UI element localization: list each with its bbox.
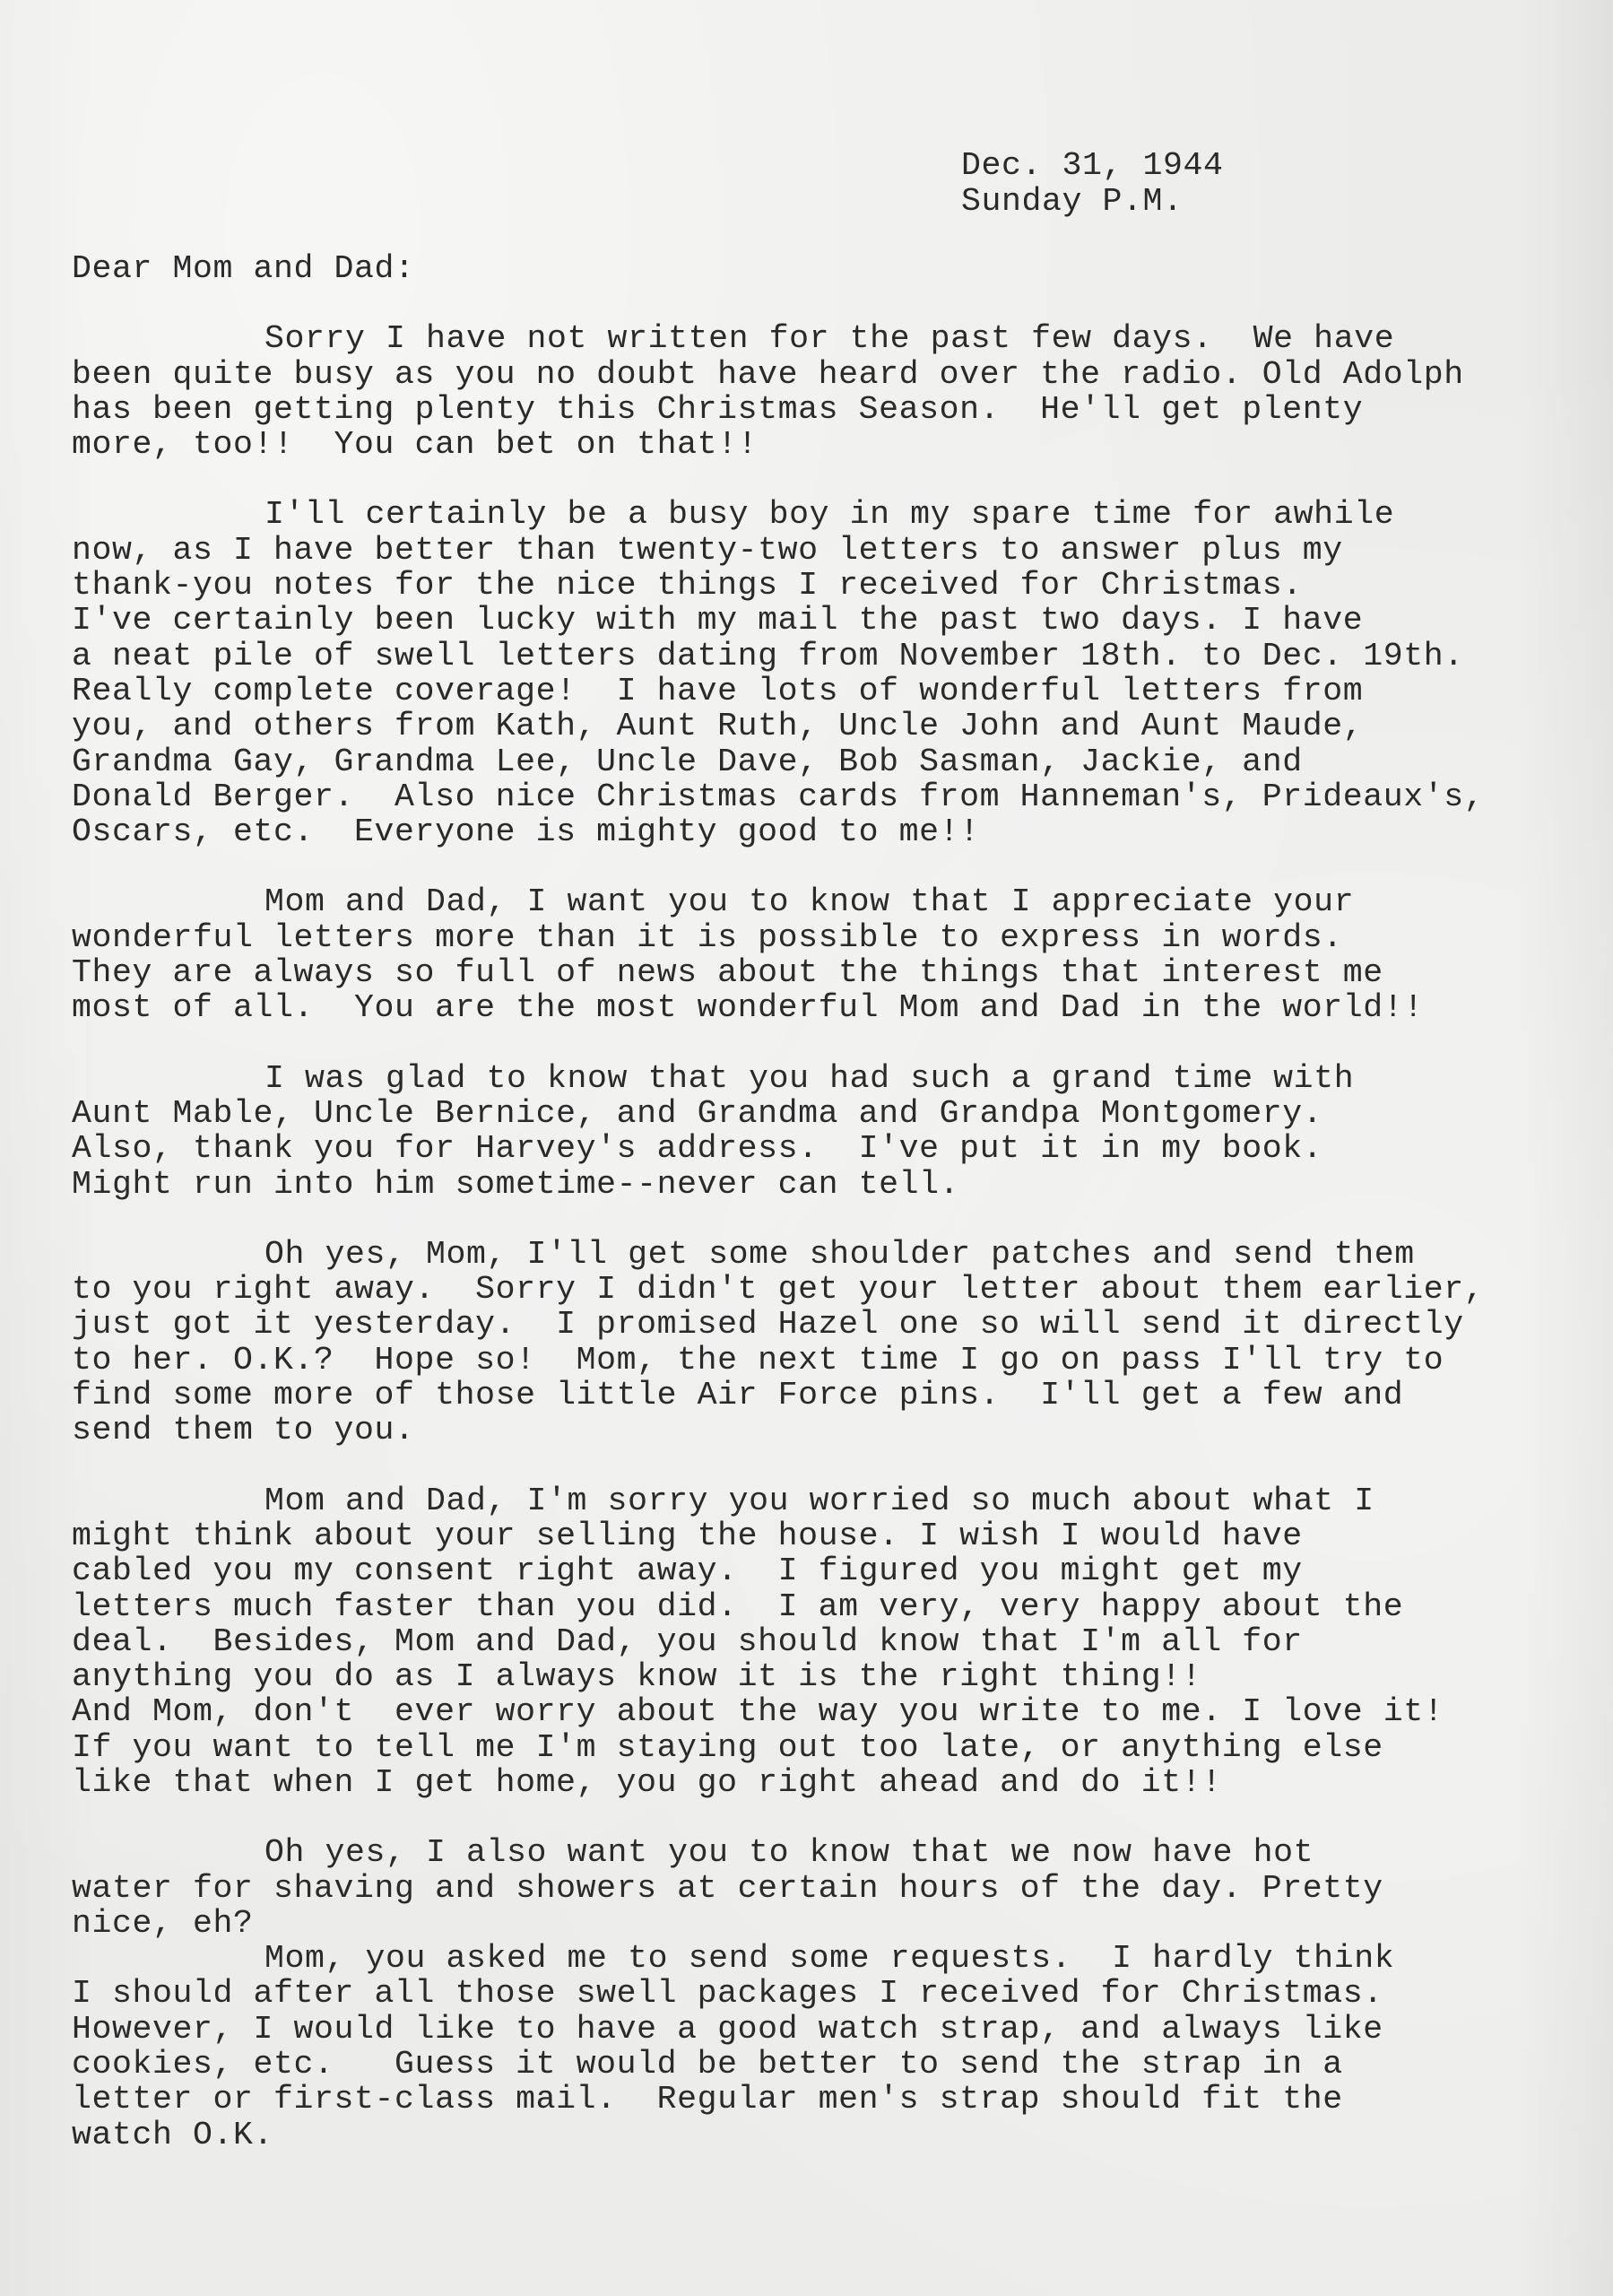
letter-date: Dec. 31, 1944 bbox=[961, 148, 1224, 184]
paragraph-line: Really complete coverage! I have lots of… bbox=[72, 674, 1578, 709]
letter-page: Dec. 31, 1944 Sunday P.M. Dear Mom and D… bbox=[0, 0, 1613, 2296]
letter-body: Dear Mom and Dad: Sorry I have not writt… bbox=[72, 251, 1578, 2187]
paragraph-1: Sorry I have not written for the past fe… bbox=[72, 321, 1578, 462]
paragraph-4: I was glad to know that you had such a g… bbox=[72, 1061, 1578, 1202]
paragraph-line: Sorry I have not written for the past fe… bbox=[72, 321, 1578, 356]
paragraph-3: Mom and Dad, I want you to know that I a… bbox=[72, 884, 1578, 1025]
paragraph-line: might think about your selling the house… bbox=[72, 1518, 1578, 1553]
bleed-through-text bbox=[72, 85, 1506, 155]
paragraph-line: been quite busy as you no doubt have hea… bbox=[72, 357, 1578, 392]
paragraph-line: Mom, you asked me to send some requests.… bbox=[72, 1941, 1578, 1976]
paragraph-line: you, and others from Kath, Aunt Ruth, Un… bbox=[72, 709, 1578, 744]
paragraph-line: just got it yesterday. I promised Hazel … bbox=[72, 1307, 1578, 1342]
paragraph-line: Grandma Gay, Grandma Lee, Uncle Dave, Bo… bbox=[72, 744, 1578, 779]
paragraph-line: a neat pile of swell letters dating from… bbox=[72, 639, 1578, 674]
paragraph-line: to you right away. Sorry I didn't get yo… bbox=[72, 1272, 1578, 1307]
paragraph-line: letter or first-class mail. Regular men'… bbox=[72, 2082, 1578, 2117]
paragraph-line: Mom and Dad, I want you to know that I a… bbox=[72, 884, 1578, 919]
paragraph-line: And Mom, don't ever worry about the way … bbox=[72, 1694, 1578, 1729]
paragraph-line: letters much faster than you did. I am v… bbox=[72, 1589, 1578, 1624]
paragraph-line: I should after all those swell packages … bbox=[72, 1976, 1578, 2011]
paragraph-line: wonderful letters more than it is possib… bbox=[72, 920, 1578, 955]
paragraph-line: cookies, etc. Guess it would be better t… bbox=[72, 2047, 1578, 2082]
paragraph-line: now, as I have better than twenty-two le… bbox=[72, 533, 1578, 568]
paragraph-5: Oh yes, Mom, I'll get some shoulder patc… bbox=[72, 1237, 1578, 1448]
dateline: Dec. 31, 1944 Sunday P.M. bbox=[961, 148, 1224, 220]
paragraph-line: more, too!! You can bet on that!! bbox=[72, 427, 1578, 462]
paragraph-line: Aunt Mable, Uncle Bernice, and Grandma a… bbox=[72, 1096, 1578, 1131]
paragraph-8: Mom, you asked me to send some requests.… bbox=[72, 1941, 1578, 2152]
paragraph-line: If you want to tell me I'm staying out t… bbox=[72, 1730, 1578, 1765]
paragraph-line: find some more of those little Air Force… bbox=[72, 1378, 1578, 1413]
paragraph-line: most of all. You are the most wonderful … bbox=[72, 990, 1578, 1025]
paragraph-line: Mom and Dad, I'm sorry you worried so mu… bbox=[72, 1483, 1578, 1518]
paragraph-line: Also, thank you for Harvey's address. I'… bbox=[72, 1131, 1578, 1166]
salutation: Dear Mom and Dad: bbox=[72, 251, 1578, 286]
paragraph-line: send them to you. bbox=[72, 1413, 1578, 1448]
paragraph-line: I've certainly been lucky with my mail t… bbox=[72, 603, 1578, 638]
paragraph-line: like that when I get home, you go right … bbox=[72, 1765, 1578, 1800]
paragraph-line: cabled you my consent right away. I figu… bbox=[72, 1553, 1578, 1588]
paragraph-line: I'll certainly be a busy boy in my spare… bbox=[72, 497, 1578, 532]
paragraph-line: anything you do as I always know it is t… bbox=[72, 1659, 1578, 1694]
paragraph-line: watch O.K. bbox=[72, 2118, 1578, 2152]
paragraph-line: water for shaving and showers at certain… bbox=[72, 1871, 1578, 1906]
paragraph-line: deal. Besides, Mom and Dad, you should k… bbox=[72, 1624, 1578, 1659]
paragraph-2: I'll certainly be a busy boy in my spare… bbox=[72, 497, 1578, 849]
paragraph-line: has been getting plenty this Christmas S… bbox=[72, 392, 1578, 427]
paragraph-line: They are always so full of news about th… bbox=[72, 955, 1578, 990]
letter-time: Sunday P.M. bbox=[961, 184, 1224, 220]
paragraph-line: However, I would like to have a good wat… bbox=[72, 2012, 1578, 2047]
paragraph-line: nice, eh? bbox=[72, 1906, 1578, 1941]
paragraph-line: Might run into him sometime--never can t… bbox=[72, 1167, 1578, 1202]
paragraph-line: thank-you notes for the nice things I re… bbox=[72, 568, 1578, 603]
paragraph-7: Oh yes, I also want you to know that we … bbox=[72, 1835, 1578, 1941]
paragraph-line: Oh yes, I also want you to know that we … bbox=[72, 1835, 1578, 1870]
paragraph-line: Donald Berger. Also nice Christmas cards… bbox=[72, 779, 1578, 814]
paragraph-6: Mom and Dad, I'm sorry you worried so mu… bbox=[72, 1483, 1578, 1801]
paragraph-line: to her. O.K.? Hope so! Mom, the next tim… bbox=[72, 1343, 1578, 1378]
paragraph-line: Oh yes, Mom, I'll get some shoulder patc… bbox=[72, 1237, 1578, 1272]
paragraph-line: I was glad to know that you had such a g… bbox=[72, 1061, 1578, 1096]
paragraph-line: Oscars, etc. Everyone is mighty good to … bbox=[72, 814, 1578, 849]
